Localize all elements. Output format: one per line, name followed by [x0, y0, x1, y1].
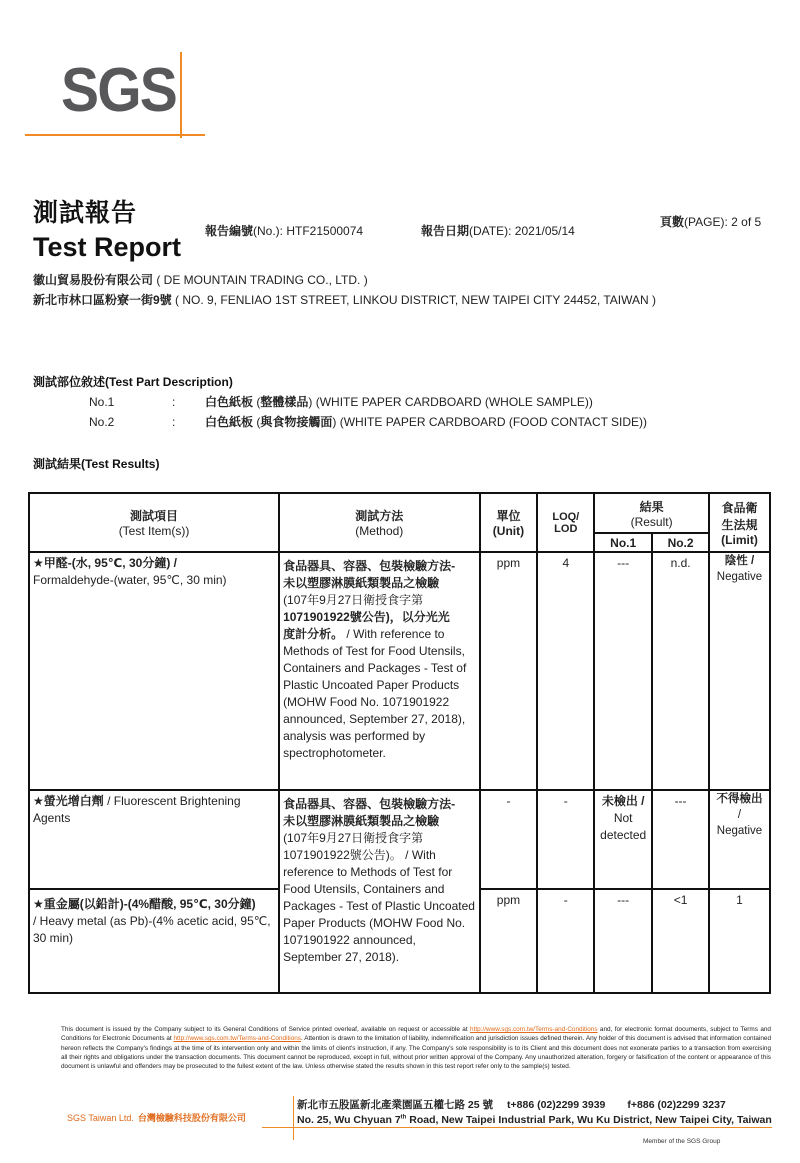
test-item-cell: ★重金屬(以鉛計)-(4%醋酸, 95℃, 30分鐘) / Heavy meta… — [29, 889, 279, 993]
sgs-logo: SGS — [25, 52, 205, 102]
test-results-heading-en: (Test Results) — [81, 457, 159, 471]
sgs-company-name: SGS Taiwan Ltd.台灣檢驗科技股份有限公司 — [67, 1111, 246, 1124]
limit-separator: / — [712, 807, 767, 823]
header-test-item-en: (Test Item(s)) — [30, 524, 278, 538]
test-item-zh: ★甲醛-(水, 95℃, 30分鐘) / — [33, 555, 275, 572]
test-part-heading: 測試部位敘述(Test Part Description) — [33, 373, 233, 390]
report-number-value: HTF21500074 — [286, 224, 363, 238]
limit-zh: 不得檢出 — [712, 791, 767, 807]
header-lod: LOD — [538, 523, 593, 535]
test-results-table: 測試項目 (Test Item(s)) 測試方法 (Method) 單位 (Un… — [28, 492, 771, 994]
report-date-value: 2021/05/14 — [515, 224, 575, 238]
test-item-cell: ★螢光增白劑 / Fluorescent Brightening Agents — [29, 790, 279, 889]
method-zh-line: (107年9月27日衛授食字第 — [283, 830, 475, 847]
method-cell: 食品器具、容器、包裝檢驗方法- 未以塑膠淋膜紙類製品之檢驗 (107年9月27日… — [279, 790, 479, 993]
loq-cell: - — [537, 889, 594, 993]
unit-cell: ppm — [480, 552, 538, 790]
table-row: ★螢光增白劑 / Fluorescent Brightening Agents … — [29, 790, 770, 889]
client-company-zh: 徽山貿易股份有限公司 — [33, 273, 153, 287]
report-date-label-zh: 報告日期 — [421, 224, 469, 238]
limit-en: Negative — [712, 823, 767, 839]
legal-disclaimer: This document is issued by the Company s… — [61, 1025, 771, 1071]
part-text-en: (WHITE PAPER CARDBOARD (FOOD CONTACT SID… — [336, 415, 647, 429]
result-no1-en: Not detected — [597, 810, 649, 844]
result-no1-zh: 未檢出 / — [597, 793, 649, 810]
limit-en: Negative — [712, 569, 767, 585]
loq-cell: - — [537, 790, 594, 889]
sgs-address-en: No. 25, Wu Chyuan 7th Road, New Taipei I… — [297, 1114, 772, 1126]
method-zh-line: 1071901922號公告)，以分光光 — [283, 609, 475, 626]
report-date: 報告日期(DATE): 2021/05/14 — [421, 222, 575, 239]
client-address: 新北市林口區粉寮一街9號 ( NO. 9, FENLIAO 1ST STREET… — [33, 291, 656, 308]
sgs-fax: f+886 (02)2299 3237 — [627, 1099, 725, 1111]
test-part-row: No.2:白色紙板 (與食物接觸面) (WHITE PAPER CARDBOAR… — [89, 413, 647, 430]
header-test-item-zh: 測試項目 — [30, 507, 278, 524]
logo-accent-vertical-line — [180, 52, 182, 138]
test-part-heading-zh: 測試部位敘述 — [33, 375, 105, 389]
header-unit: 單位 (Unit) — [480, 493, 538, 552]
loq-cell: 4 — [537, 552, 594, 790]
part-sub-zh: 與食物接觸面 — [260, 415, 332, 429]
header-result-en: (Result) — [595, 515, 708, 529]
limit-cell: 1 — [709, 889, 770, 993]
report-number-label-zh: 報告編號 — [205, 224, 253, 238]
client-address-en: ( NO. 9, FENLIAO 1ST STREET, LINKOU DIST… — [172, 293, 656, 307]
test-item-zh: ★重金屬(以鉛計)-(4%醋酸, 95℃, 30分鐘) — [33, 896, 275, 913]
table-row: ★甲醛-(水, 95℃, 30分鐘) / Formaldehyde-(water… — [29, 552, 770, 790]
page-number: 頁數(PAGE): 2 of 5 — [660, 213, 761, 230]
header-result-zh: 結果 — [595, 498, 708, 515]
page-value: 2 of 5 — [731, 215, 761, 229]
sgs-logo-text: SGS — [61, 60, 176, 122]
result-no2-cell: <1 — [652, 889, 709, 993]
method-zh-line: 度計分析。 — [283, 627, 343, 641]
header-result-no1: No.1 — [594, 533, 652, 552]
test-results-heading: 測試結果(Test Results) — [33, 455, 159, 472]
report-number: 報告編號(No.): HTF21500074 — [205, 222, 363, 239]
result-no2-cell: n.d. — [652, 552, 709, 790]
result-no1-cell: --- — [594, 889, 652, 993]
header-method: 測試方法 (Method) — [279, 493, 479, 552]
part-text-en: (WHITE PAPER CARDBOARD (WHOLE SAMPLE)) — [312, 395, 592, 409]
header-limit-en: (Limit) — [710, 533, 769, 547]
page-label-en: (PAGE): — [684, 215, 731, 229]
header-unit-en: (Unit) — [481, 524, 537, 538]
terms-link[interactable]: http://www.sgs.com.tw/Terms-and-Conditio… — [470, 1026, 598, 1033]
method-zh-line: 未以塑膠淋膜紙類製品之檢驗 — [283, 575, 475, 592]
header-result-no2: No.2 — [652, 533, 709, 552]
header-method-en: (Method) — [280, 524, 478, 538]
test-item-en: Formaldehyde-(water, 95℃, 30 min) — [33, 572, 275, 589]
header-loq: LOQ/ — [538, 511, 593, 523]
logo-accent-horizontal-line — [25, 134, 205, 136]
part-name-zh: 白色紙板 — [205, 395, 253, 409]
sgs-address-zh: 新北市五股區新北產業園區五權七路 25 號t+886 (02)2299 3939… — [297, 1097, 726, 1112]
unit-cell: ppm — [480, 889, 538, 993]
test-results-heading-zh: 測試結果 — [33, 457, 81, 471]
report-date-label-en: (DATE): — [469, 224, 515, 238]
header-unit-zh: 單位 — [481, 507, 537, 524]
test-part-row: No.1:白色紙板 (整體樣品) (WHITE PAPER CARDBOARD … — [89, 393, 593, 410]
client-company-en: ( DE MOUNTAIN TRADING CO., LTD. ) — [153, 273, 368, 287]
footer-accent-horizontal-line — [262, 1127, 772, 1128]
header-limit-zh-1: 食品衛 — [710, 499, 769, 516]
method-en: / With reference to Methods of Test for … — [283, 627, 466, 760]
result-no2-cell: --- — [652, 790, 709, 889]
header-test-item: 測試項目 (Test Item(s)) — [29, 493, 279, 552]
sgs-address-en-part: No. 25, Wu Chyuan 7 — [297, 1114, 401, 1126]
electronic-terms-link[interactable]: http://www.sgs.com.tw/Terms-and-Conditio… — [174, 1035, 302, 1042]
footer-accent-vertical-line — [293, 1096, 294, 1140]
test-item-zh: ★螢光增白劑 — [33, 794, 104, 808]
report-title-en: Test Report — [33, 232, 181, 263]
method-zh-line: 食品器具、容器、包裝檢驗方法- — [283, 796, 475, 813]
client-address-zh: 新北市林口區粉寮一街9號 — [33, 293, 172, 307]
page-label-zh: 頁數 — [660, 215, 684, 229]
limit-cell: 不得檢出 / Negative — [709, 790, 770, 889]
part-number: No.1 — [89, 395, 172, 409]
method-en: / With reference to Methods of Test for … — [283, 848, 475, 964]
sgs-address-en-part: Road, New Taipei Industrial Park, Wu Ku … — [406, 1114, 771, 1126]
limit-cell: 陰性 / Negative — [709, 552, 770, 790]
disclaimer-text: This document is issued by the Company s… — [61, 1026, 470, 1033]
method-zh-line: 未以塑膠淋膜紙類製品之檢驗 — [283, 813, 475, 830]
report-title-zh: 測試報告 — [33, 193, 137, 229]
table-header-row: 測試項目 (Test Item(s)) 測試方法 (Method) 單位 (Un… — [29, 493, 770, 533]
method-zh-line: 食品器具、容器、包裝檢驗方法- — [283, 558, 475, 575]
part-colon: : — [172, 395, 205, 409]
report-number-label-en: (No.): — [253, 224, 286, 238]
header-limit: 食品衛 生法規 (Limit) — [709, 493, 770, 552]
test-item-en: / Heavy metal (as Pb)-(4% acetic acid, 9… — [33, 913, 275, 947]
sgs-company-en: SGS Taiwan Ltd. — [67, 1113, 134, 1123]
part-sub-zh: 整體樣品 — [260, 395, 308, 409]
result-no1-cell: --- — [594, 552, 652, 790]
member-of-sgs-group: Member of the SGS Group — [643, 1138, 720, 1145]
sgs-company-zh: 台灣檢驗科技股份有限公司 — [138, 1113, 246, 1123]
test-part-heading-en: (Test Part Description) — [105, 375, 233, 389]
method-zh-line: 1071901922號公告)。 — [283, 848, 402, 862]
limit-zh: 陰性 / — [712, 553, 767, 569]
method-zh-line: (107年9月27日衛授食字第 — [283, 592, 475, 609]
sgs-address-zh-text: 新北市五股區新北產業園區五權七路 25 號 — [297, 1099, 493, 1111]
header-method-zh: 測試方法 — [280, 507, 478, 524]
header-loq-lod: LOQ/ LOD — [537, 493, 594, 552]
client-company: 徽山貿易股份有限公司 ( DE MOUNTAIN TRADING CO., LT… — [33, 271, 368, 288]
unit-cell: - — [480, 790, 538, 889]
part-number: No.2 — [89, 415, 172, 429]
result-no1-cell: 未檢出 / Not detected — [594, 790, 652, 889]
sgs-phone: t+886 (02)2299 3939 — [507, 1099, 605, 1111]
test-item-cell: ★甲醛-(水, 95℃, 30分鐘) / Formaldehyde-(water… — [29, 552, 279, 790]
part-colon: : — [172, 415, 205, 429]
header-result: 結果 (Result) — [594, 493, 709, 533]
method-cell: 食品器具、容器、包裝檢驗方法- 未以塑膠淋膜紙類製品之檢驗 (107年9月27日… — [279, 552, 479, 790]
header-limit-zh-2: 生法規 — [710, 516, 769, 533]
part-name-zh: 白色紙板 — [205, 415, 253, 429]
